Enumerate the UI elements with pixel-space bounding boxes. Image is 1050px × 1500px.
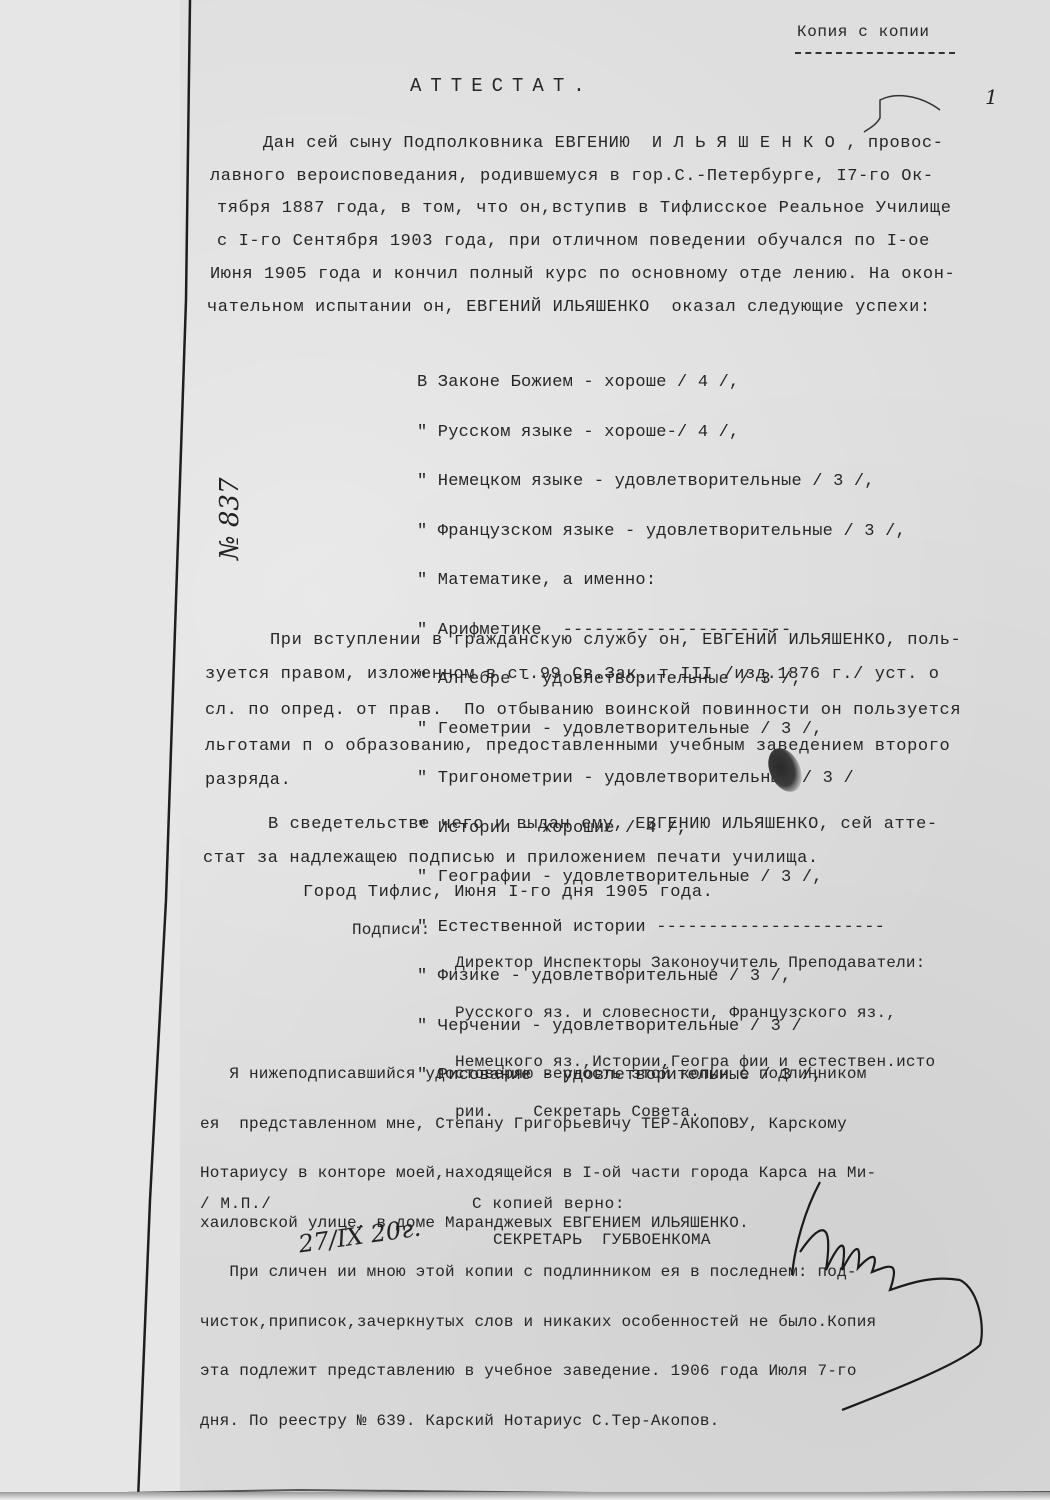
- copy-note: Копия с копии: [797, 24, 930, 40]
- grade-row: " Математике, а именно:: [417, 573, 906, 590]
- document-title: АТТЕСТАТ.: [410, 77, 594, 96]
- margin-mark: 1: [985, 85, 998, 109]
- intro-line: с I-го Сентября 1903 года, при отличном …: [217, 233, 930, 250]
- intro-line: Июня 1905 года и кончил полный курс по о…: [210, 266, 955, 283]
- intro-line: Дан сей сыну Подполковника ЕВГЕНИЮ И Л Ь…: [263, 135, 944, 152]
- grade-row: " Французском языке - удовлетворительные…: [417, 524, 906, 541]
- testimony-line: В сведетельстве чего и выдан ему, ЕВГЕНИ…: [268, 816, 938, 833]
- page-bottom-edge: [0, 1492, 1050, 1500]
- notary-line: Нотариусу в конторе моей,находящейся в I…: [200, 1165, 876, 1182]
- margin-number: № 837: [215, 478, 245, 561]
- testimony-line: стат за надлежащею подписью и приложение…: [203, 850, 819, 867]
- copy-note-underline: [795, 52, 955, 54]
- document-page: Копия с копии 1 АТТЕСТАТ. Дан сей сыну П…: [0, 0, 1050, 1500]
- notary-line: хаиловской улице, в доме Маранджевых ЕВГ…: [200, 1215, 876, 1232]
- rights-line: разряда.: [205, 772, 291, 789]
- notary-line: эта подлежит представлению в учебное зав…: [200, 1363, 876, 1380]
- notary-line: Я нижеподписавшийся удостоверяю верность…: [200, 1066, 876, 1083]
- certified-label: С копией верно:: [472, 1196, 625, 1212]
- notary-line: чисток,приписок,зачеркнутых слов и никак…: [200, 1314, 876, 1331]
- notary-line: дня. По реестру № 639. Карский Нотариус …: [200, 1413, 876, 1430]
- signatures-label: Подписи:: [352, 922, 430, 938]
- intro-line: лавного вероисповедания, родившемуся в г…: [210, 168, 934, 185]
- rights-line: При вступлении в гражданскую службу он, …: [270, 632, 961, 649]
- secretary-title: СЕКРЕТАРЬ ГУБВОЕНКОМА: [493, 1232, 711, 1248]
- grade-row: " Тригонометрии - удовлетворительные / 3…: [417, 771, 906, 788]
- intro-line: чательном испытании он, ЕВГЕНИЙ ИЛЬЯШЕНК…: [207, 299, 931, 316]
- rights-line: зуется правом, изложенном в ст.99 Св.Зак…: [205, 666, 940, 683]
- grade-row: " Русском языке - хороше-/ 4 /,: [417, 425, 906, 442]
- notary-line: ея представленном мне, Степану Григорьев…: [200, 1116, 876, 1133]
- left-margin-strip: [0, 0, 180, 1500]
- grade-row: " Геометрии - удовлетворительные / 3 /,: [417, 722, 906, 739]
- rights-line: льготами п о образованию, предоставленны…: [205, 738, 950, 755]
- signature-line: Директор Инспекторы Законоучитель Препод…: [455, 955, 935, 972]
- notary-line: При сличен ии мною этой копии с подлинни…: [200, 1264, 876, 1281]
- grade-row: В Законе Божием - хороше / 4 /,: [417, 375, 906, 392]
- seal-mark: / М.П./: [200, 1196, 271, 1212]
- rights-line: сл. по опред. от прав. По отбыванию воин…: [205, 702, 961, 719]
- place-date: Город Тифлис, Июня I-го дня 1905 года.: [303, 884, 713, 901]
- grade-row: " Немецком языке - удовлетворительные / …: [417, 474, 906, 491]
- intro-line: тября 1887 года, в том, что он,вступив в…: [217, 200, 952, 217]
- signature-line: Русского яз. и словесности, Французского…: [455, 1005, 935, 1022]
